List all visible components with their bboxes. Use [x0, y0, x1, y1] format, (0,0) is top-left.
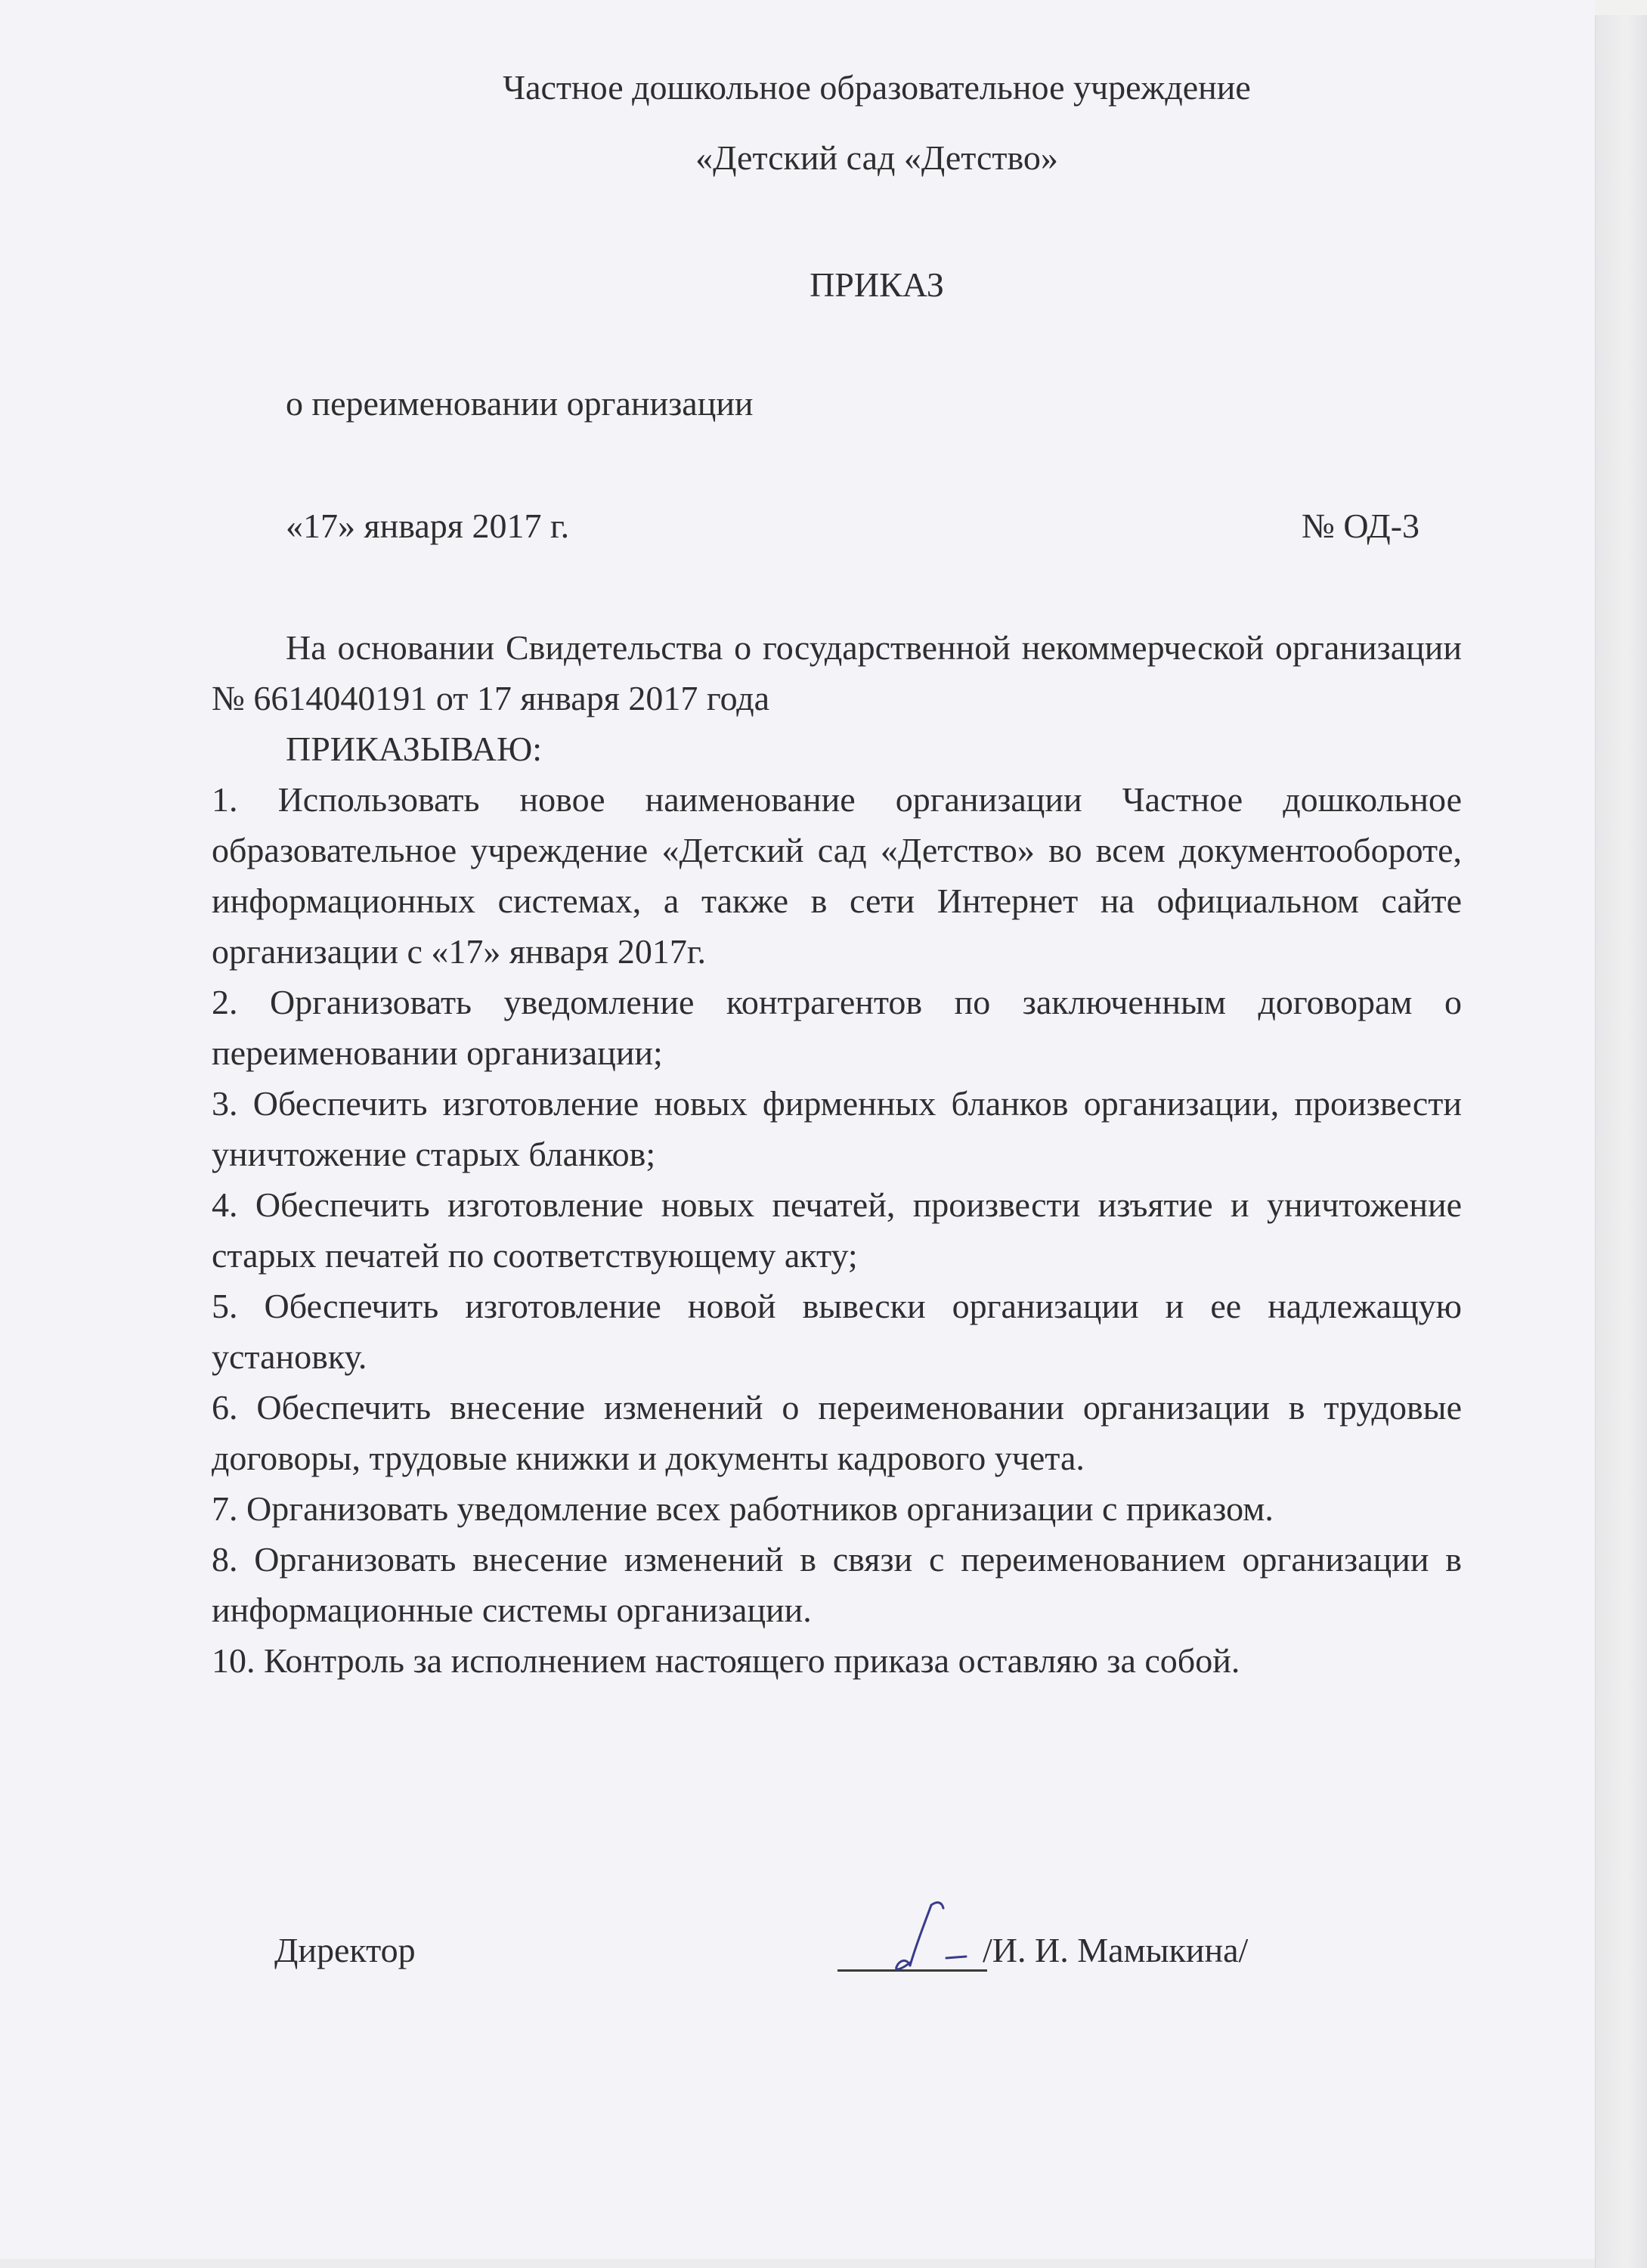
- scanned-page: Частное дошкольное образовательное учреж…: [0, 0, 1595, 2259]
- organization-name-line2: «Детский сад «Детство»: [0, 141, 1647, 175]
- order-body: На основании Свидетельства о государстве…: [212, 622, 1462, 1686]
- order-item: 7. Организовать уведомление всех работни…: [212, 1483, 1462, 1534]
- order-item: 5. Обеспечить изготовление новой вывески…: [212, 1281, 1462, 1382]
- organization-name-line1: Частное дошкольное образовательное учреж…: [0, 70, 1647, 105]
- document-type-title: ПРИКАЗ: [0, 268, 1647, 302]
- order-items-list: 1. Использовать новое наименование орган…: [212, 774, 1462, 1686]
- scanner-edge-top: [1595, 0, 1647, 17]
- order-item: 4. Обеспечить изготовление новых печатей…: [212, 1179, 1462, 1281]
- order-item: 1. Использовать новое наименование орган…: [212, 774, 1462, 977]
- order-item: 2. Организовать уведомление контрагентов…: [212, 977, 1462, 1078]
- signatory-name: /И. И. Мамыкина/: [983, 1933, 1248, 1968]
- signatory-title: Директор: [274, 1933, 416, 1968]
- document-number: № ОД-3: [1302, 509, 1419, 544]
- scanner-edge-strip: [1595, 15, 1647, 2268]
- document-date: «17» января 2017 г.: [286, 509, 569, 544]
- document-subject: о переименовании организации: [286, 386, 754, 421]
- order-item: 3. Обеспечить изготовление новых фирменн…: [212, 1078, 1462, 1179]
- handwritten-signature-icon: [877, 1899, 975, 1975]
- order-item: 10. Контроль за исполнением настоящего п…: [212, 1635, 1462, 1686]
- order-item: 8. Организовать внесение изменений в свя…: [212, 1534, 1462, 1635]
- order-keyword: ПРИКАЗЫВАЮ:: [212, 723, 1462, 774]
- order-item: 6. Обеспечить внесение изменений о переи…: [212, 1382, 1462, 1483]
- signature-block: Директор /И. И. Мамыкина/: [0, 1933, 1595, 1994]
- basis-paragraph: На основании Свидетельства о государстве…: [212, 622, 1462, 723]
